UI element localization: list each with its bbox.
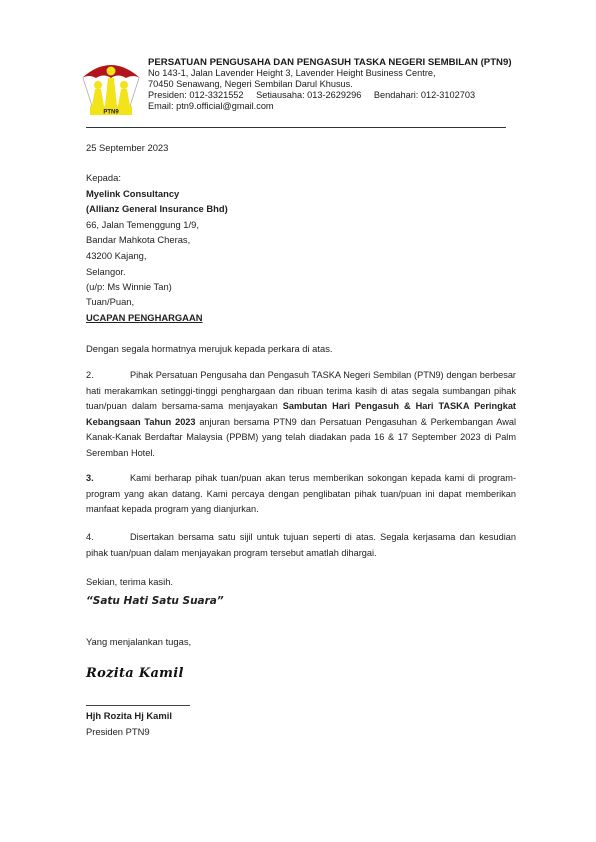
signatory-name: Hjh Rozita Hj Kamil bbox=[86, 708, 172, 724]
signature: Rozita Kamil bbox=[86, 666, 184, 681]
paragraph-number: 2. bbox=[86, 368, 130, 384]
signature-line bbox=[86, 705, 190, 706]
paragraph-3: 3.Kami berharap pihak tuan/puan akan ter… bbox=[86, 471, 516, 518]
umbrella-children-icon: PTN9 bbox=[78, 54, 144, 118]
recipient-attention: (u/p: Ms Winnie Tan) bbox=[86, 279, 228, 295]
letterhead: PERSATUAN PENGUSAHA DAN PENGASUH TASKA N… bbox=[148, 57, 512, 112]
recipient-address-2: Bandar Mahkota Cheras, bbox=[86, 232, 228, 248]
phone-bendahari: Bendahari: 012-3102703 bbox=[374, 90, 475, 100]
recipient-address-3: 43200 Kajang, bbox=[86, 248, 228, 264]
organization-name: PERSATUAN PENGUSAHA DAN PENGASUH TASKA N… bbox=[148, 57, 512, 68]
signatory-block: Hjh Rozita Hj Kamil Presiden PTN9 bbox=[86, 708, 172, 739]
phone-setiausaha: Setiausaha: 013-2629296 bbox=[256, 90, 361, 100]
svg-text:PTN9: PTN9 bbox=[103, 110, 119, 116]
signatory-title: Presiden PTN9 bbox=[86, 724, 172, 740]
recipient-company: Myelink Consultancy bbox=[86, 186, 228, 202]
contact-phones: Presiden: 012-3321552 Setiausaha: 013-26… bbox=[148, 90, 512, 101]
email-address: Email: ptn9.official@gmail.com bbox=[148, 101, 512, 112]
recipient-address-1: 66, Jalan Temenggung 1/9, bbox=[86, 217, 228, 233]
sign-off: Yang menjalankan tugas, bbox=[86, 634, 191, 650]
recipient-company-sub: (Allianz General Insurance Bhd) bbox=[86, 201, 228, 217]
ptn9-logo: PTN9 bbox=[78, 54, 144, 118]
subject-heading: UCAPAN PENGHARGAAN bbox=[86, 310, 203, 326]
motto: “Satu Hati Satu Suara” bbox=[86, 595, 224, 607]
kepada-label: Kepada: bbox=[86, 170, 228, 186]
phone-presiden: Presiden: 012-3321552 bbox=[148, 90, 244, 100]
letter-page: PTN9 PERSATUAN PENGUSAHA DAN PENGASUH TA… bbox=[0, 0, 596, 842]
letterhead-divider bbox=[86, 127, 506, 128]
letter-date: 25 September 2023 bbox=[86, 140, 168, 156]
paragraph-number: 3. bbox=[86, 471, 130, 487]
paragraph-number: 4. bbox=[86, 530, 130, 546]
address-line-1: No 143-1, Jalan Lavender Height 3, Laven… bbox=[148, 68, 512, 79]
salutation: Tuan/Puan, bbox=[86, 294, 134, 310]
address-line-2: 70450 Senawang, Negeri Sembilan Darul Kh… bbox=[148, 79, 512, 90]
opening-line: Dengan segala hormatnya merujuk kepada p… bbox=[86, 341, 333, 357]
closing-line: Sekian, terima kasih. bbox=[86, 574, 173, 590]
paragraph-4: 4.Disertakan bersama satu sijil untuk tu… bbox=[86, 530, 516, 561]
recipient-block: Kepada: Myelink Consultancy (Allianz Gen… bbox=[86, 170, 228, 295]
paragraph-2: 2.Pihak Persatuan Pengusaha dan Pengasuh… bbox=[86, 368, 516, 462]
recipient-address-4: Selangor. bbox=[86, 264, 228, 280]
